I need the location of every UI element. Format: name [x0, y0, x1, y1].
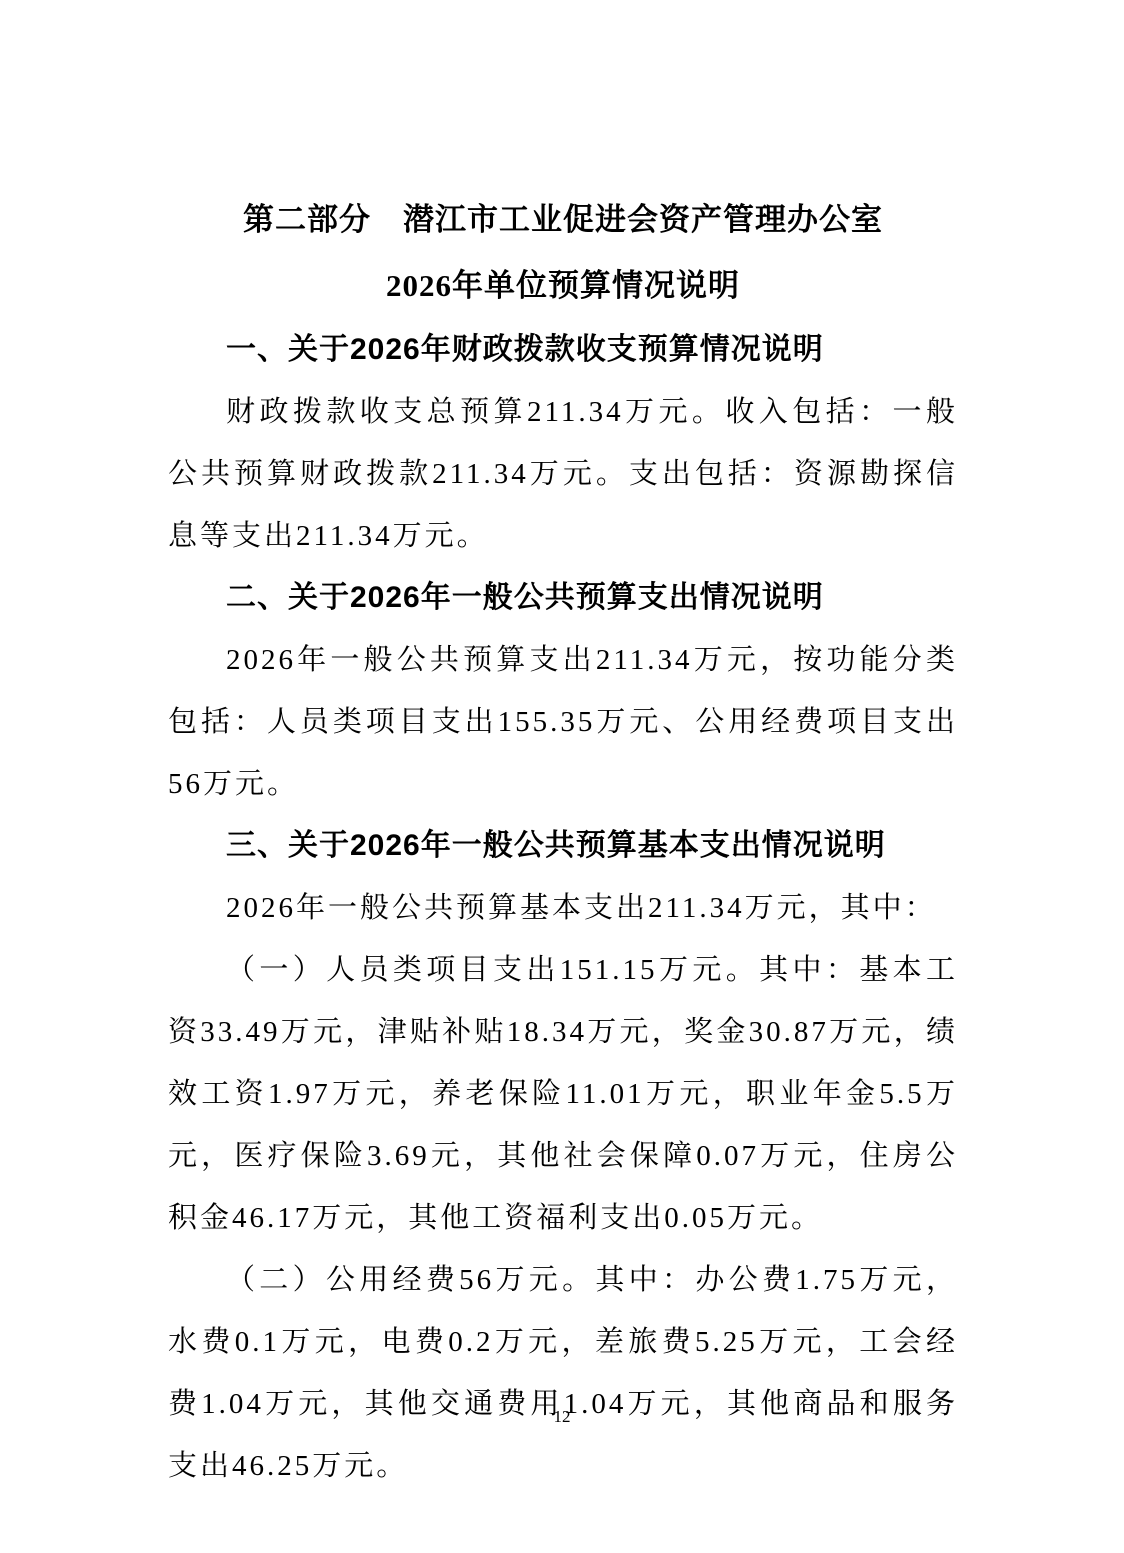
document-page: 第二部分 潜江市工业促进会资产管理办公室 2026年单位预算情况说明 一、关于2… [0, 0, 1124, 1553]
document-title-line-2: 2026年单位预算情况说明 [168, 253, 958, 319]
section-1-paragraph-1: 财政拨款收支总预算211.34万元。收入包括：一般公共预算财政拨款211.34万… [168, 381, 958, 567]
section-3-paragraph-1: 2026年一般公共预算基本支出211.34万元，其中： [168, 877, 958, 939]
section-2-heading: 二、关于2026年一般公共预算支出情况说明 [168, 567, 958, 629]
section-3-heading: 三、关于2026年一般公共预算基本支出情况说明 [168, 815, 958, 877]
section-3-paragraph-2: （一）人员类项目支出151.15万元。其中：基本工资33.49万元，津贴补贴18… [168, 939, 958, 1249]
section-2-paragraph-1: 2026年一般公共预算支出211.34万元，按功能分类包括：人员类项目支出155… [168, 629, 958, 815]
section-3-paragraph-3: （二）公用经费56万元。其中：办公费1.75万元，水费0.1万元，电费0.2万元… [168, 1249, 958, 1497]
page-number: 12 [0, 1406, 1124, 1428]
document-title-line-1: 第二部分 潜江市工业促进会资产管理办公室 [168, 187, 958, 253]
section-1-heading: 一、关于2026年财政拨款收支预算情况说明 [168, 319, 958, 381]
